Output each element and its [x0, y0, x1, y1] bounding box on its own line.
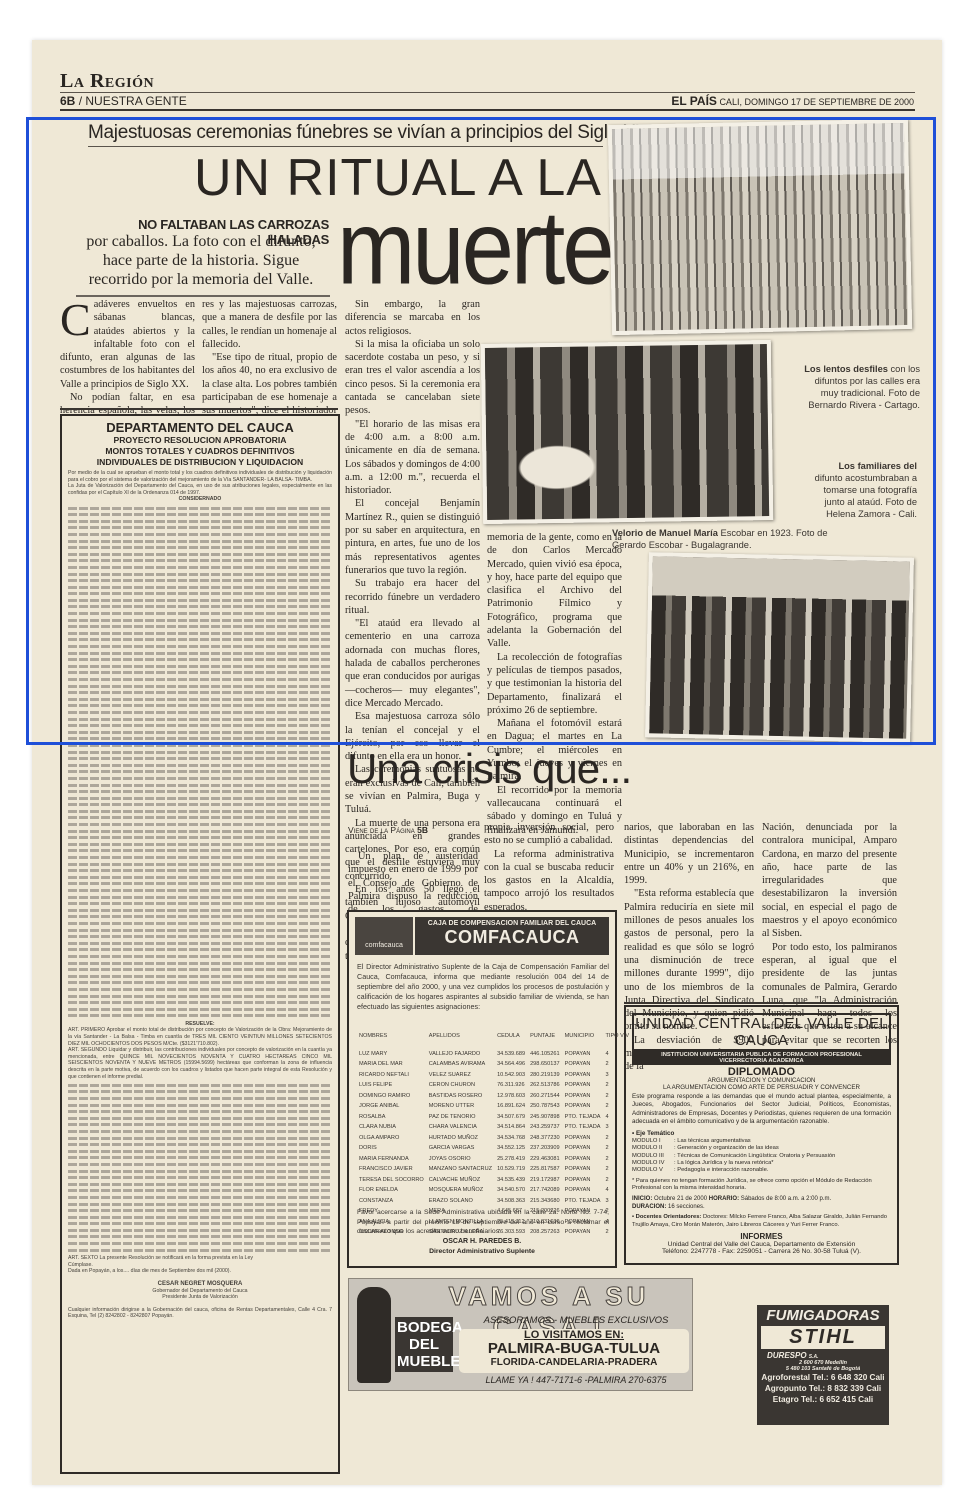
table-row: DORISGARCIA VARGAS34.552.125237.203909PO… — [359, 1144, 632, 1153]
mourners-group-photo — [645, 552, 914, 743]
kicker-rule — [88, 146, 603, 147]
notice-fine-print — [68, 507, 332, 1018]
table-header-row: NOMBRES APELLIDOS CEDULA PUNTAJE MUNICIP… — [359, 1032, 632, 1041]
table-row: CONSTANZAERAZO SOLANO34.508.363215.34368… — [359, 1197, 632, 1206]
notice-top-rule — [60, 408, 338, 410]
table-row: ROSALBAPAZ DE TENORIO34.507.679245.90789… — [359, 1113, 632, 1122]
story-deck: por caballos. La foto con el difunto, ha… — [72, 232, 330, 289]
notice-title: DEPARTAMENTO DEL CAUCA — [62, 420, 338, 435]
comfacauca-signer: OSCAR H. PAREDES B. — [349, 1238, 615, 1245]
unidad-central-ad: UNIDAD CENTRAL DEL VALLE DEL CAUCA INSTI… — [624, 1005, 899, 1265]
program-title: DIPLOMADO — [626, 1066, 897, 1078]
module-item: MODULO III: Técnicas de Comunicación Lin… — [632, 1153, 891, 1160]
comfacauca-brand: COMFACAUCA — [415, 927, 609, 948]
headline-line-2: muerte — [337, 195, 612, 300]
table-row: FLOR ENELDAMOSQUERA MUÑOZ34.540.570217.7… — [359, 1186, 632, 1195]
story2-end-rule — [624, 1002, 898, 1004]
subsection: / Nuestra Gente — [79, 94, 187, 108]
module-item: MODULO V: Pedagogía e interacción razona… — [632, 1167, 891, 1174]
table-row: JORGE ANIBALMORENO UTTER16.891.624250.78… — [359, 1102, 632, 1111]
continued-from: Viene de la Página 5B — [348, 825, 428, 835]
notice-body: Por medio de la cual se aprueban el mont… — [62, 468, 338, 1322]
stihl-fumigadoras-ad: FUMIGADORAS STIHL DURESPO S.A. 2 600 670… — [757, 1305, 889, 1425]
table-row: LUIS FELIPECERON CHURON76.311.926262.513… — [359, 1081, 632, 1090]
notice-signer: CESAR NEGRET MOSQUERA — [68, 1281, 332, 1288]
wake-photo-caption: Velorio de Manuel María Escobar en 1923.… — [612, 527, 837, 551]
mascot-illustration — [357, 1287, 391, 1383]
date: Cali, Domingo 17 de Septiembre de 2000 — [719, 97, 914, 107]
paper-name: El País — [671, 94, 717, 108]
table-row: MARIA DEL MARCALAMBAS AVIRAMA34.564.4962… — [359, 1060, 632, 1069]
table-row: DOMINGO RAMIROBASTIDAS ROSERO12.978.6032… — [359, 1092, 632, 1101]
masthead-bottom-rule — [60, 109, 915, 111]
module-item: MODULO II: Generación y organización de … — [632, 1145, 891, 1152]
table-row: CLARA NUBIACHARA VALENCIA34.514.864243.2… — [359, 1123, 632, 1132]
table-row: MARIA FERNANDAJOYAS OSORIO25.278.419229.… — [359, 1155, 632, 1164]
cauca-legal-notice: DEPARTAMENTO DEL CAUCA PROYECTO RESOLUCI… — [60, 414, 340, 1474]
story2-headline: Una crisis que... — [347, 745, 631, 793]
module-list: MODULO I: Las técnicas argumentativasMOD… — [626, 1138, 897, 1174]
comfacauca-signer-title: Director Administrativo Suplente — [349, 1248, 615, 1255]
masthead-rule — [60, 92, 915, 93]
table-row: RICARDO NEFTALIVELEZ SUAREZ10.542.903280… — [359, 1071, 632, 1080]
table-row: LUZ MARYVALLEJO FAJARDO34.539.689446.105… — [359, 1050, 632, 1059]
comfacauca-ad: comfacauca CAJA DE COMPENSACION FAMILIAR… — [347, 910, 617, 1268]
page-label: 6B / Nuestra Gente — [60, 94, 187, 108]
table-row: OLGA AMPAROHURTADO MUÑOZ34.534.768248.37… — [359, 1134, 632, 1143]
dateline: El País Cali, Domingo 17 de Septiembre d… — [671, 94, 914, 108]
mourners-photo-caption: Los familiares del difunto acostumbraban… — [812, 460, 917, 520]
drop-cap: C — [60, 300, 94, 340]
story-column-2: res y las majestuosas carrozas, que a ma… — [202, 298, 337, 431]
wake-family-photo — [481, 340, 773, 524]
bodega-del-mueble-ad: VAMOS A SU CASA ! BODEGA DEL MUEBLE ASES… — [348, 1278, 693, 1391]
table-row: TERESA DEL SOCORROCALVACHE MUÑOZ34.535.4… — [359, 1176, 632, 1185]
comfacauca-header: comfacauca CAJA DE COMPENSACION FAMILIAR… — [355, 917, 609, 955]
story-kicker: Majestuosas ceremonias fúnebres se vivía… — [88, 122, 648, 144]
module-item: MODULO IV: La lógica Jurídica y la nueva… — [632, 1160, 891, 1167]
table-row: FRANCISCO JAVIERMANZANO SANTACRUZ10.529.… — [359, 1165, 632, 1174]
section-name: La Región — [60, 70, 154, 93]
deck-rule — [76, 295, 330, 297]
newspaper-page: La Región 6B / Nuestra Gente El País Cal… — [32, 40, 942, 1485]
bodega-logo: BODEGA DEL MUEBLE — [395, 1317, 453, 1372]
module-item: MODULO I: Las técnicas argumentativas — [632, 1138, 891, 1145]
university-name: UNIDAD CENTRAL DEL VALLE DEL CAUCA — [632, 1013, 891, 1051]
comfacauca-closing: Favor acercarse a la Sede Administrativa… — [357, 1208, 609, 1237]
notice-footer: Cualquier información dirigirse a la Gob… — [68, 1307, 332, 1320]
comfacauca-logo: comfacauca — [355, 917, 415, 955]
comfacauca-intro: El Director Administrativo Suplente de l… — [357, 962, 609, 1012]
page-number: 6B — [60, 94, 75, 108]
bodega-phone: LLAME YA ! 447-7171-6 -PALMIRA 270-6375 — [461, 1375, 691, 1385]
stihl-logo: STIHL — [761, 1326, 885, 1349]
procession-photo-caption: Los lentos desfiles con los difuntos por… — [802, 363, 920, 411]
funeral-procession-photo — [608, 119, 912, 335]
